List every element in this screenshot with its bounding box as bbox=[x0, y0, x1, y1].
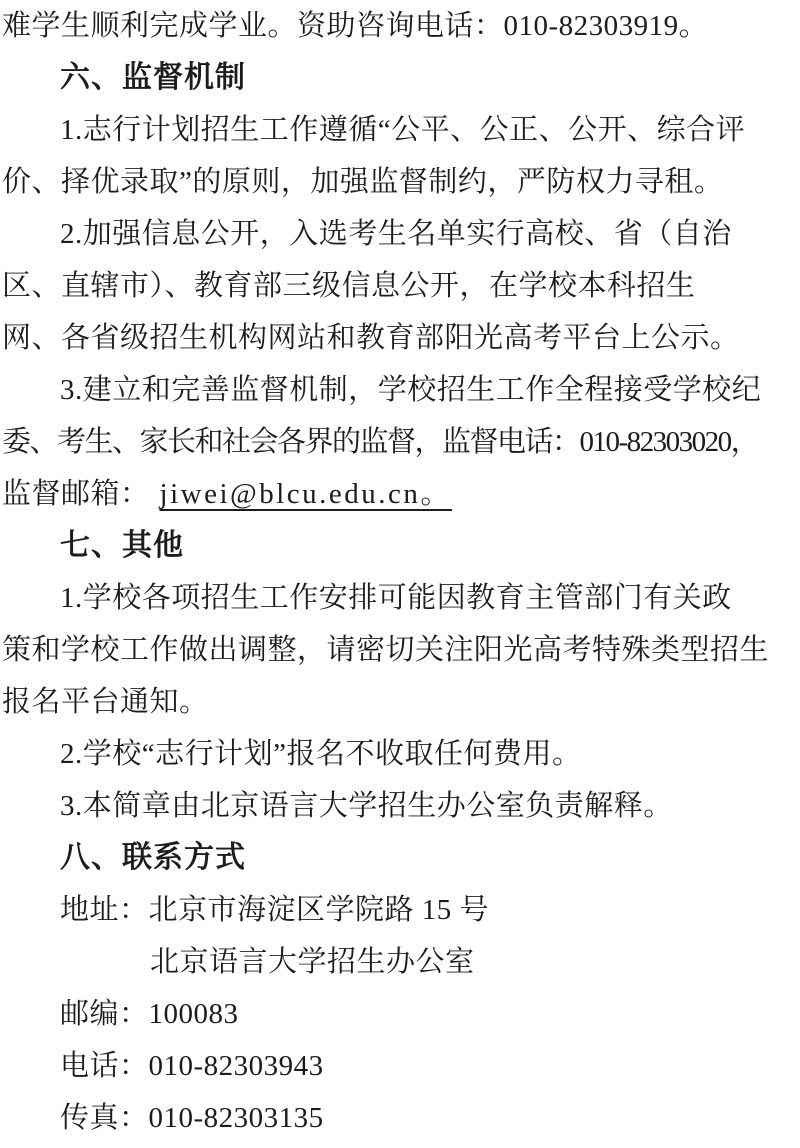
para-6-3-line-3-supervision-email-line: 监督邮箱：jiwei@blcu.edu.cn。 bbox=[2, 468, 798, 520]
heading-section-6-supervision: 六、监督机制 bbox=[2, 52, 798, 104]
document-body: 难学生顺利完成学业。资助咨询电话：010-82303919。 六、监督机制 1.… bbox=[0, 0, 800, 1144]
heading-section-7-other: 七、其他 bbox=[2, 520, 798, 572]
para-6-2-line-2: 区、直辖市）、教育部三级信息公开，在学校本科招生 bbox=[2, 260, 798, 312]
heading-section-8-contact: 八、联系方式 bbox=[2, 832, 798, 884]
para-6-1-line-2: 价、择优录取”的原则，加强监督制约，严防权力寻租。 bbox=[2, 156, 798, 208]
para-6-2-line-3: 网、各省级招生机构网站和教育部阳光高考平台上公示。 bbox=[2, 312, 798, 364]
document-page: 难学生顺利完成学业。资助咨询电话：010-82303919。 六、监督机制 1.… bbox=[0, 0, 800, 1148]
para-7-2-no-fee: 2.学校“志行计划”报名不收取任何费用。 bbox=[2, 728, 798, 780]
para-7-1-line-2: 策和学校工作做出调整，请密切关注阳光高考特殊类型招生 bbox=[2, 624, 798, 676]
contact-address-line-2: 北京语言大学招生办公室 bbox=[2, 936, 798, 988]
supervision-email-link: jiwei@blcu.edu.cn。 bbox=[160, 478, 452, 510]
contact-fax-line: 传真：010-82303135 bbox=[2, 1092, 798, 1144]
contact-address-line-1: 地址：北京市海淀区学院路 15 号 bbox=[2, 884, 798, 936]
funding-phone-line: 难学生顺利完成学业。资助咨询电话：010-82303919。 bbox=[2, 0, 798, 52]
para-6-1-line-1: 1.志行计划招生工作遵循“公平、公正、公开、综合评 bbox=[2, 104, 798, 156]
para-6-3-line-1: 3.建立和完善监督机制，学校招生工作全程接受学校纪 bbox=[2, 364, 798, 416]
para-6-2-line-1: 2.加强信息公开，入选考生名单实行高校、省（自治 bbox=[2, 208, 798, 260]
para-7-1-line-1: 1.学校各项招生工作安排可能因教育主管部门有关政 bbox=[2, 572, 798, 624]
contact-postcode-line: 邮编：100083 bbox=[2, 988, 798, 1040]
supervision-email-label: 监督邮箱： bbox=[2, 478, 150, 510]
para-6-3-line-2-supervision-phone: 委、考生、家长和社会各界的监督，监督电话：010-82303020， bbox=[2, 416, 798, 468]
contact-phone-line: 电话：010-82303943 bbox=[2, 1040, 798, 1092]
supervision-email-address: jiwei@blcu.edu.cn bbox=[160, 478, 421, 510]
para-7-1-line-3: 报名平台通知。 bbox=[2, 676, 798, 728]
supervision-email-period: 。 bbox=[420, 478, 452, 510]
para-7-3-interpretation: 3.本简章由北京语言大学招生办公室负责解释。 bbox=[2, 780, 798, 832]
